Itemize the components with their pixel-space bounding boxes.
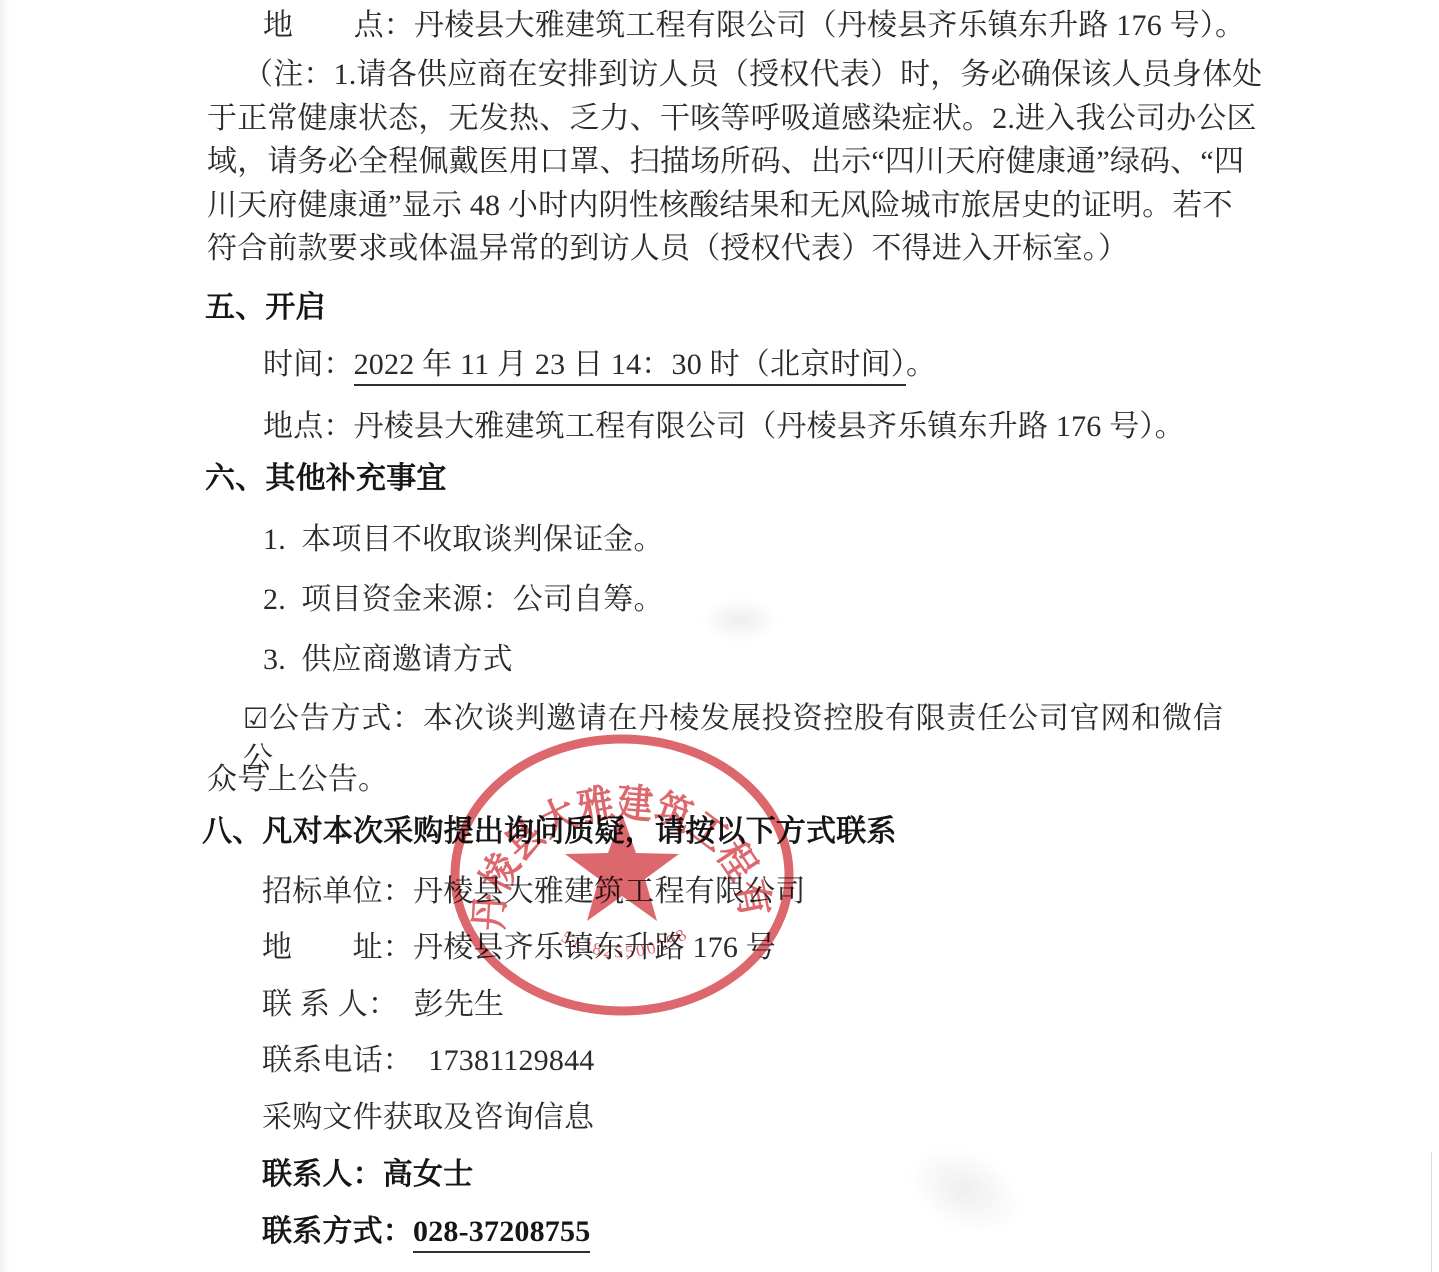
opening-location-line: 地点：丹棱县大雅建筑工程有限公司（丹棱县齐乐镇东升路 176 号）。 (263, 407, 1185, 447)
supplement-item-1: 1. 本项目不收取谈判保证金。 (263, 520, 664, 560)
opening-time-period: 。 (906, 348, 936, 381)
doc-contact-method-underline: 028-37208755 (413, 1215, 590, 1253)
note-line-5: 符合前款要求或体温异常的到访人员（授权代表）不得进入开标室。） (207, 229, 1128, 269)
opening-time-label: 时间： (263, 348, 354, 381)
tender-unit-line: 招标单位：丹棱县大雅建筑工程有限公司 (262, 872, 806, 912)
section-6-heading: 六、其他补充事宜 (205, 459, 447, 499)
note-line-3: 域，请务必全程佩戴医用口罩、扫描场所码、出示“四川天府健康通”绿码、“四 (207, 142, 1244, 182)
supplement-item-2: 2. 项目资金来源：公司自筹。 (263, 580, 664, 620)
section-8-heading: 八、凡对本次采购提出询问质疑，请按以下方式联系 (202, 812, 897, 852)
scan-smudge (894, 1128, 1037, 1251)
announcement-method-line-2: 众号上公告。 (207, 760, 388, 800)
doc-contact-person-line: 联系人：高女士 (262, 1155, 473, 1195)
doc-contact-method-label: 联系方式： (262, 1215, 413, 1248)
contact-person-line: 联 系 人： 彭先生 (262, 985, 504, 1025)
opening-time-line: 时间：2022 年 11 月 23 日 14：30 时（北京时间）。 (263, 345, 936, 385)
supplement-item-3: 3. 供应商邀请方式 (263, 640, 513, 680)
contact-phone-line: 联系电话： 17381129844 (262, 1041, 595, 1081)
meeting-location-line: 地 点：丹棱县大雅建筑工程有限公司（丹棱县齐乐镇东升路 176 号）。 (263, 6, 1245, 46)
checked-checkbox-icon: ☑ (243, 702, 268, 735)
section-5-heading: 五、开启 (205, 288, 326, 328)
doc-contact-method-line: 联系方式：028-37208755 (262, 1212, 590, 1252)
announcement-method-line: ☑公告方式：本次谈判邀请在丹棱发展投资控股有限责任公司官网和微信公 (243, 699, 1223, 779)
announcement-method-text: 公告方式：本次谈判邀请在丹棱发展投资控股有限责任公司官网和微信公 (243, 702, 1223, 775)
note-line-1: （注：1.请各供应商在安排到访人员（授权代表）时，务必确保该人员身体处 (243, 55, 1263, 95)
doc-info-heading: 采购文件获取及咨询信息 (262, 1098, 594, 1138)
note-line-4: 川天府健康通”显示 48 小时内阴性核酸结果和无风险城市旅居史的证明。若不 (207, 186, 1233, 226)
opening-time-underline: 2022 年 11 月 23 日 14：30 时（北京时间） (354, 348, 906, 386)
note-line-2: 于正常健康状态，无发热、乏力、干咳等呼吸道感染症状。2.进入我公司办公区 (207, 99, 1257, 139)
scan-smudge (700, 598, 780, 642)
page-left-edge-shadow (0, 0, 10, 1272)
page-right-edge-line (1431, 1152, 1432, 1272)
address-line: 地 址：丹棱县齐乐镇东升路 176 号 (262, 928, 776, 968)
